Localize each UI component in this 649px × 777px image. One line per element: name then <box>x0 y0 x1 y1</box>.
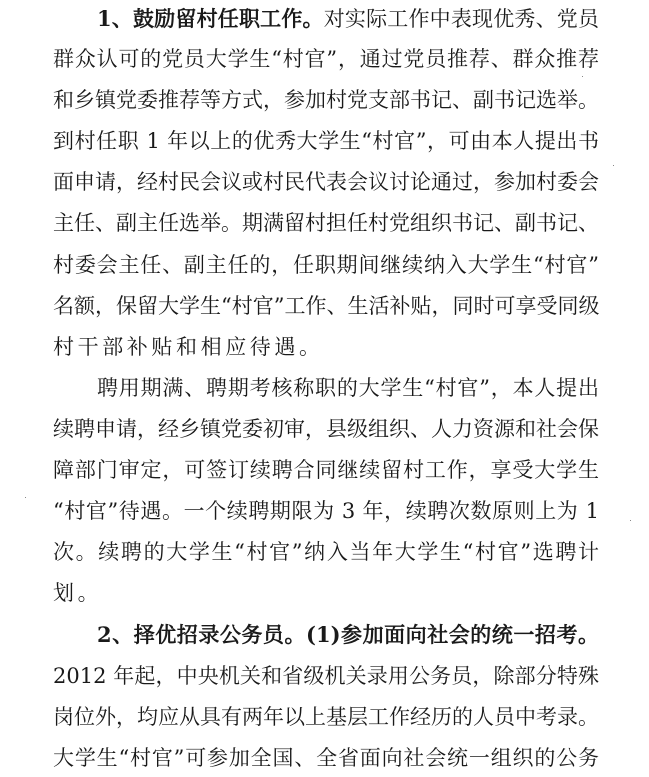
text-line: 聘用期满、聘期考核称职的大学生“村官”，本人提出 <box>53 368 599 409</box>
text-line: 群众认可的党员大学生“村官”，通过党员推荐、群众推荐 <box>53 39 599 80</box>
scan-speck <box>630 520 631 521</box>
scan-speck <box>25 497 26 498</box>
text-line: 主任、副主任选举。期满留村担任村党组织书记、副书记、 <box>53 203 599 244</box>
text-line: 划。 <box>53 573 599 614</box>
scan-speck <box>582 76 583 77</box>
text-line: 大学生“村官”可参加全国、全省面向社会统一组织的公务 <box>53 738 599 777</box>
line-text: 对实际工作中表现优秀、党员 <box>324 7 599 31</box>
section-heading-1: 1、鼓励留村任职工作。 <box>97 6 324 31</box>
paragraph-2: 聘用期满、聘期考核称职的大学生“村官”，本人提出 续聘申请，经乡镇党委初审，县级… <box>53 368 599 615</box>
paragraph-1: 1、鼓励留村任职工作。对实际工作中表现优秀、党员 群众认可的党员大学生“村官”，… <box>53 0 599 368</box>
text-line: 村干部补贴和相应待遇。 <box>53 327 599 368</box>
text-line: 岗位外，均应从具有两年以上基层工作经历的人员中考录。 <box>53 697 599 738</box>
text-line: 续聘申请，经乡镇党委初审，县级组织、人力资源和社会保 <box>53 409 599 450</box>
text-line: 和乡镇党委推荐等方式，参加村党支部书记、副书记选举。 <box>53 80 599 121</box>
text-line: 1、鼓励留村任职工作。对实际工作中表现优秀、党员 <box>53 0 599 39</box>
section-heading-2: 2、择优招录公务员。(1)参加面向社会的统一招考。 <box>97 622 599 647</box>
scan-speck <box>613 165 614 166</box>
text-line: 2、择优招录公务员。(1)参加面向社会的统一招考。 <box>53 614 599 655</box>
text-line: 障部门审定，可签订续聘合同继续留村工作，享受大学生 <box>53 450 599 491</box>
paragraph-3: 2、择优招录公务员。(1)参加面向社会的统一招考。 2012 年起，中央机关和省… <box>53 614 599 777</box>
text-line: 次。续聘的大学生“村官”纳入当年大学生“村官”选聘计 <box>53 532 599 573</box>
text-line: 村委会主任、副主任的，任职期间继续纳入大学生“村官” <box>53 245 599 286</box>
text-line: 2012 年起，中央机关和省级机关录用公务员，除部分特殊 <box>53 656 599 697</box>
text-line: 面申请，经村民会议或村民代表会议讨论通过，参加村委会 <box>53 162 599 203</box>
text-line: 名额，保留大学生“村官”工作、生活补贴，同时可享受同级 <box>53 286 599 327</box>
text-line: “村官”待遇。一个续聘期限为 3 年，续聘次数原则上为 1 <box>53 491 599 532</box>
document-page: 1、鼓励留村任职工作。对实际工作中表现优秀、党员 群众认可的党员大学生“村官”，… <box>53 0 599 777</box>
text-line: 到村任职 1 年以上的优秀大学生“村官”，可由本人提出书 <box>53 121 599 162</box>
